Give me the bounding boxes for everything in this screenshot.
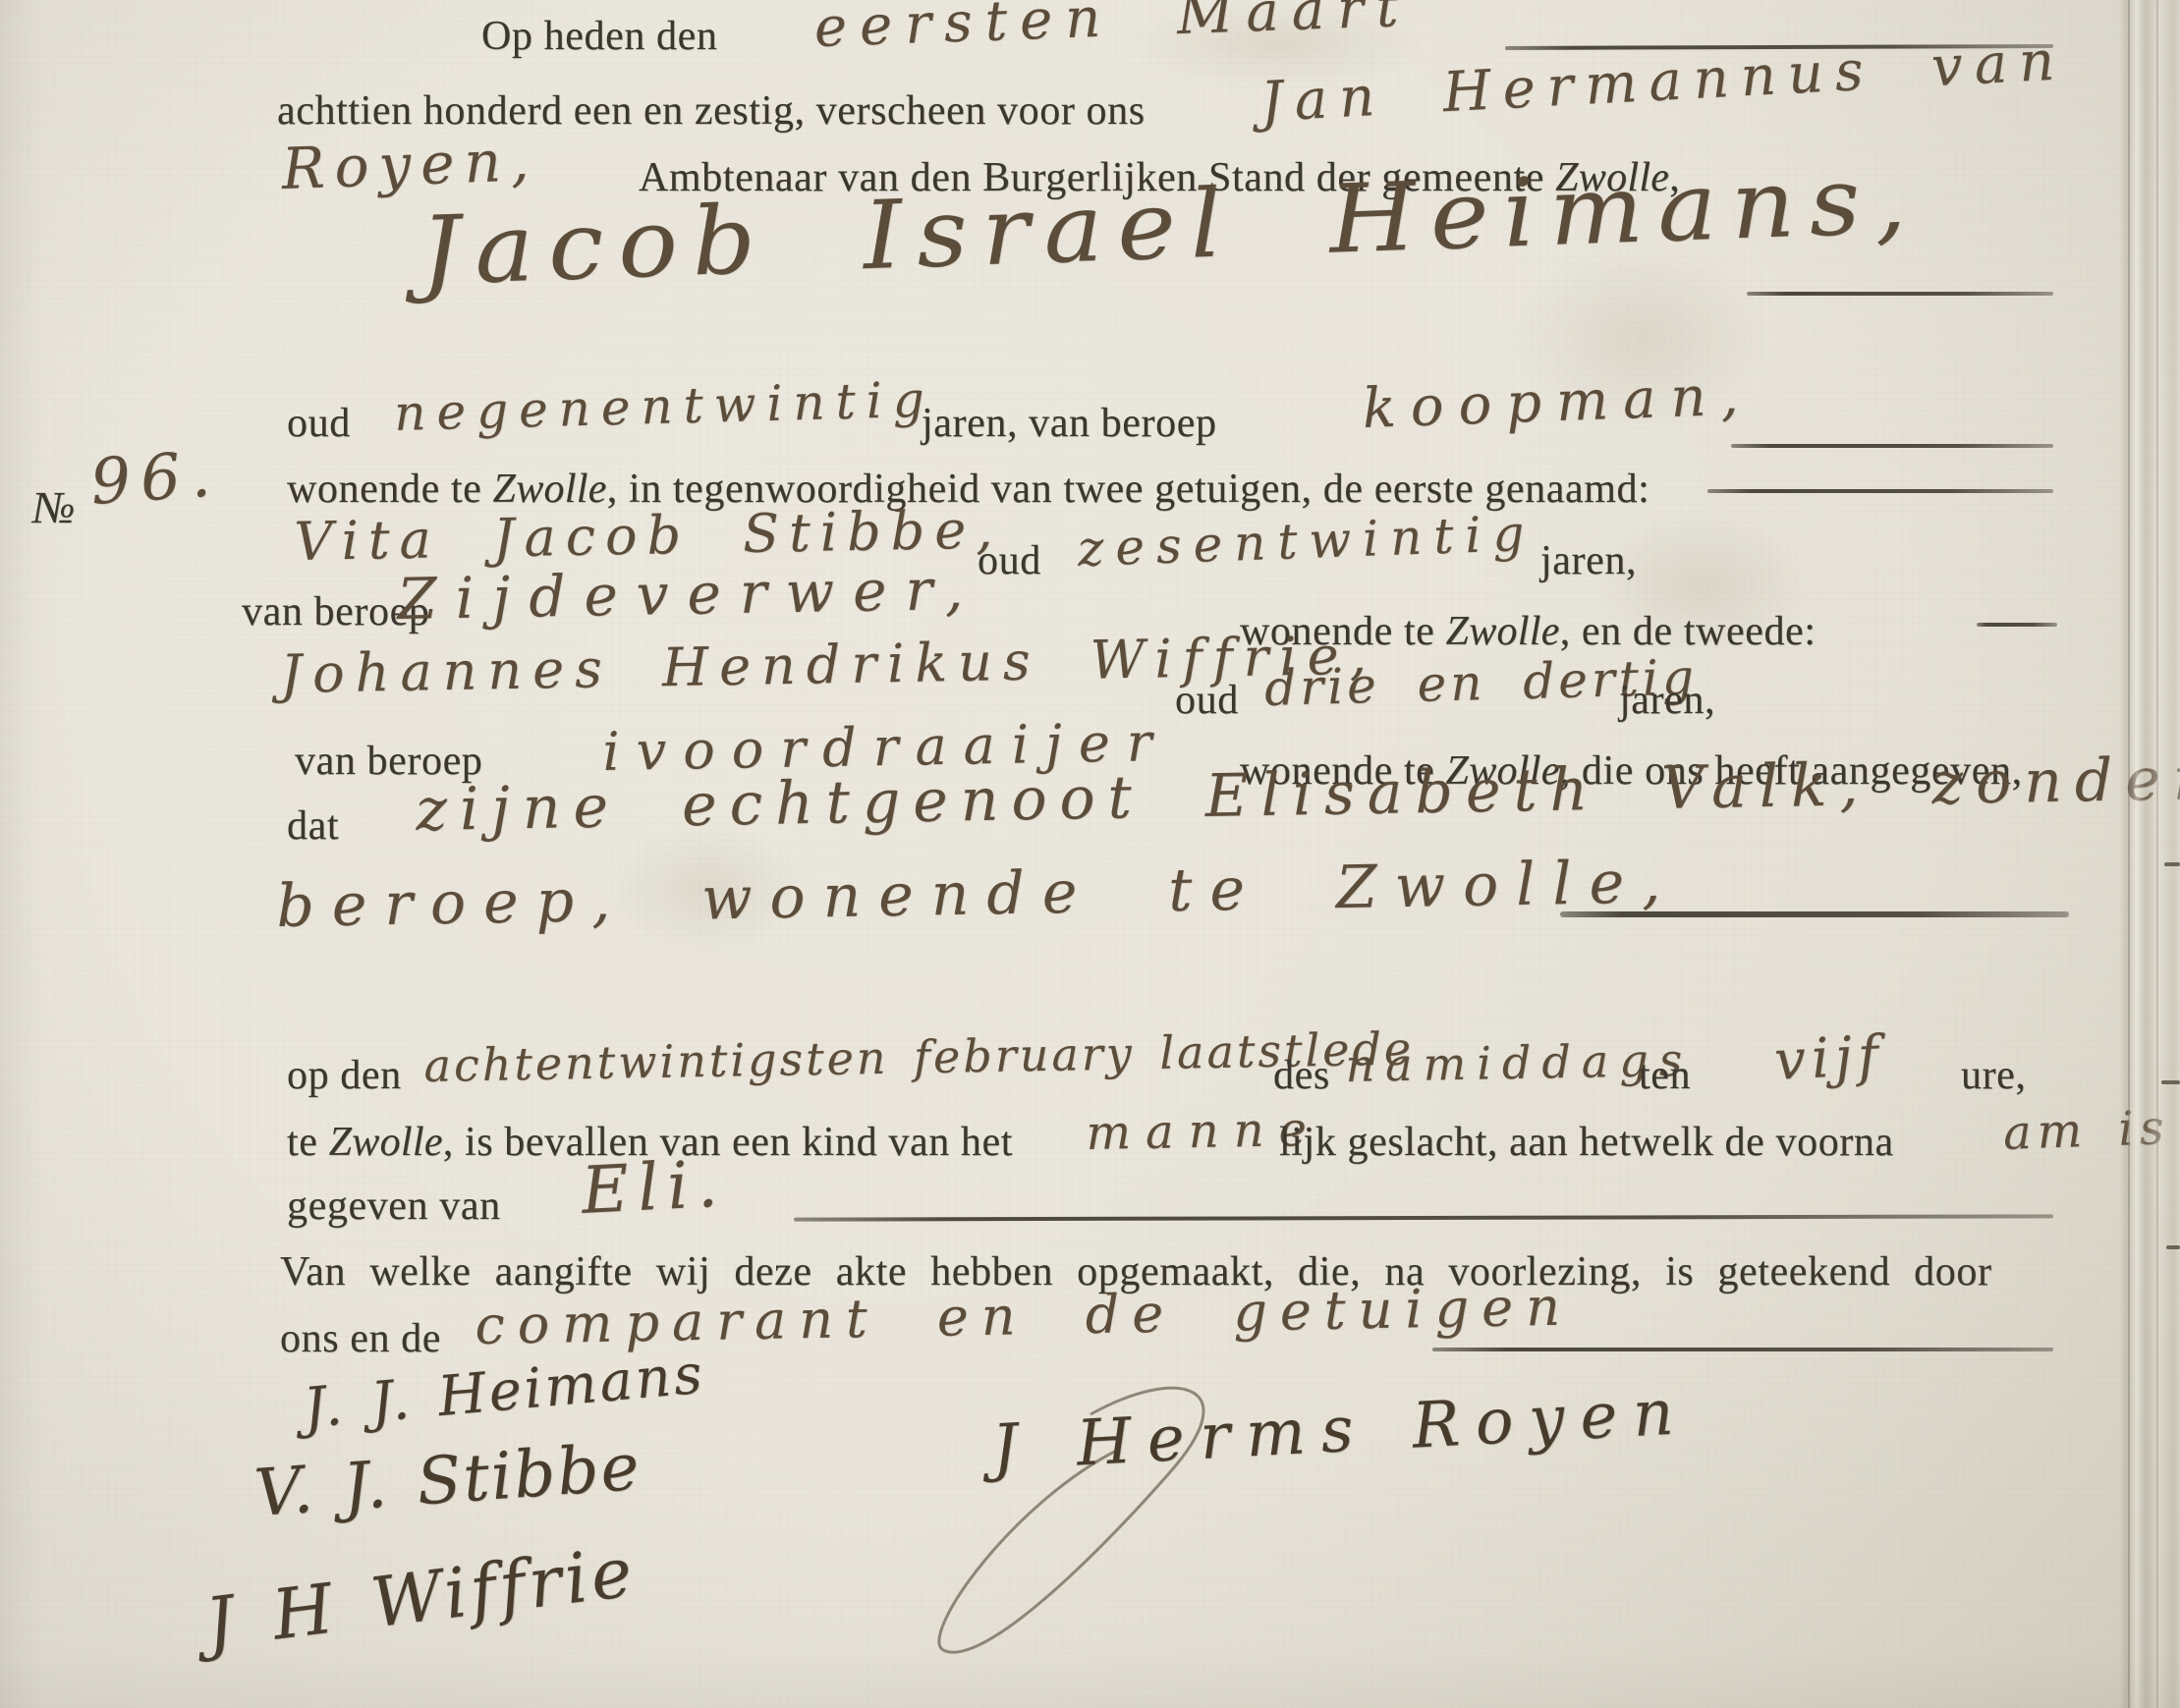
registrar-first-names-written: Jan Hermannus van [1259, 28, 2068, 135]
adjacent-page-mark [2164, 862, 2180, 866]
witness2-jaren-printed: jaren, [1619, 678, 1715, 723]
witness1-place: Zwolle [1446, 609, 1560, 654]
date-line-written: eersten Maart [813, 0, 1413, 60]
page-fold-edge [2119, 0, 2180, 1708]
birth-ten-printed: ten [1639, 1053, 1691, 1098]
fill-in-rule [1977, 623, 2057, 627]
witness1-age-written: zesentwintig [1077, 505, 1537, 578]
date-line-printed: Op heden den [481, 14, 717, 59]
fill-in-rule [1560, 911, 2069, 917]
signature-witness1: V. J. Stibbe [252, 1429, 643, 1531]
dat-printed: dat [287, 803, 339, 849]
witness1-suffix-printed: , en de tweede: [1560, 609, 1817, 654]
birth-hour-written: vijf [1773, 1023, 1886, 1093]
birth-place: Zwolle [329, 1120, 443, 1165]
fill-in-rule [1432, 1348, 2053, 1351]
act-number-value: 96. [88, 438, 223, 520]
act-number-sign: № [32, 483, 76, 533]
signature-flourish [923, 1355, 1690, 1689]
fill-in-rule [1747, 292, 2053, 296]
witness1-jaren-printed: jaren, [1540, 538, 1637, 583]
child-name-prefix-printed: gegeven van [287, 1184, 501, 1229]
birth-date-written: achtentwintigsten february laatstlede [423, 1021, 1414, 1092]
adjacent-page-mark [2161, 1080, 2180, 1084]
page-fold-line [2128, 0, 2130, 1708]
declarant-jaren-beroep-printed: jaren, van beroep [922, 401, 1217, 446]
witness1-occupation-written: Zijdeverwer, [397, 556, 982, 633]
declarant-occupation-written: koopman, [1362, 363, 1755, 441]
adjacent-page-mark [2166, 1245, 2180, 1249]
fill-in-rule [1707, 489, 2053, 493]
declarant-oud-printed: oud [287, 401, 351, 446]
witness2-oud-printed: oud [1175, 678, 1239, 723]
year-line-printed: achttien honderd een en zestig, verschee… [277, 88, 1146, 134]
fill-in-rule [1731, 444, 2053, 448]
child-name-written: Eli. [580, 1145, 728, 1229]
birth-record-page: № 96. Op heden den eersten Maart achttie… [0, 0, 2180, 1708]
birth-opden-printed: op den [287, 1053, 402, 1098]
residence-prefix-printed: wonende te [287, 467, 493, 512]
registrar-surname-written: Royen, [281, 127, 540, 202]
signature-witness2: J H Wiffrie [201, 1531, 641, 1664]
mother-residence-written: beroep, wonende te Zwolle, [276, 848, 1679, 941]
birth-ure-printed: ure, [1961, 1053, 2027, 1098]
birth-mid-printed: , is bevallen van een kind van het [443, 1120, 1013, 1165]
closing-line2-printed: ons en de [280, 1316, 441, 1361]
page-fold-line [2156, 0, 2158, 1708]
fill-in-rule [794, 1214, 2053, 1221]
witness1-oud-printed: oud [978, 538, 1041, 583]
birth-geslacht-printed: lijk geslacht, aan hetwelk de voorna [1279, 1120, 1894, 1165]
birth-des-printed: des [1273, 1053, 1330, 1098]
declarant-age-written: negenentwintig [393, 371, 935, 442]
birth-te-printed: te [287, 1120, 329, 1165]
voornaam-suffix-written: am is [2002, 1100, 2170, 1161]
